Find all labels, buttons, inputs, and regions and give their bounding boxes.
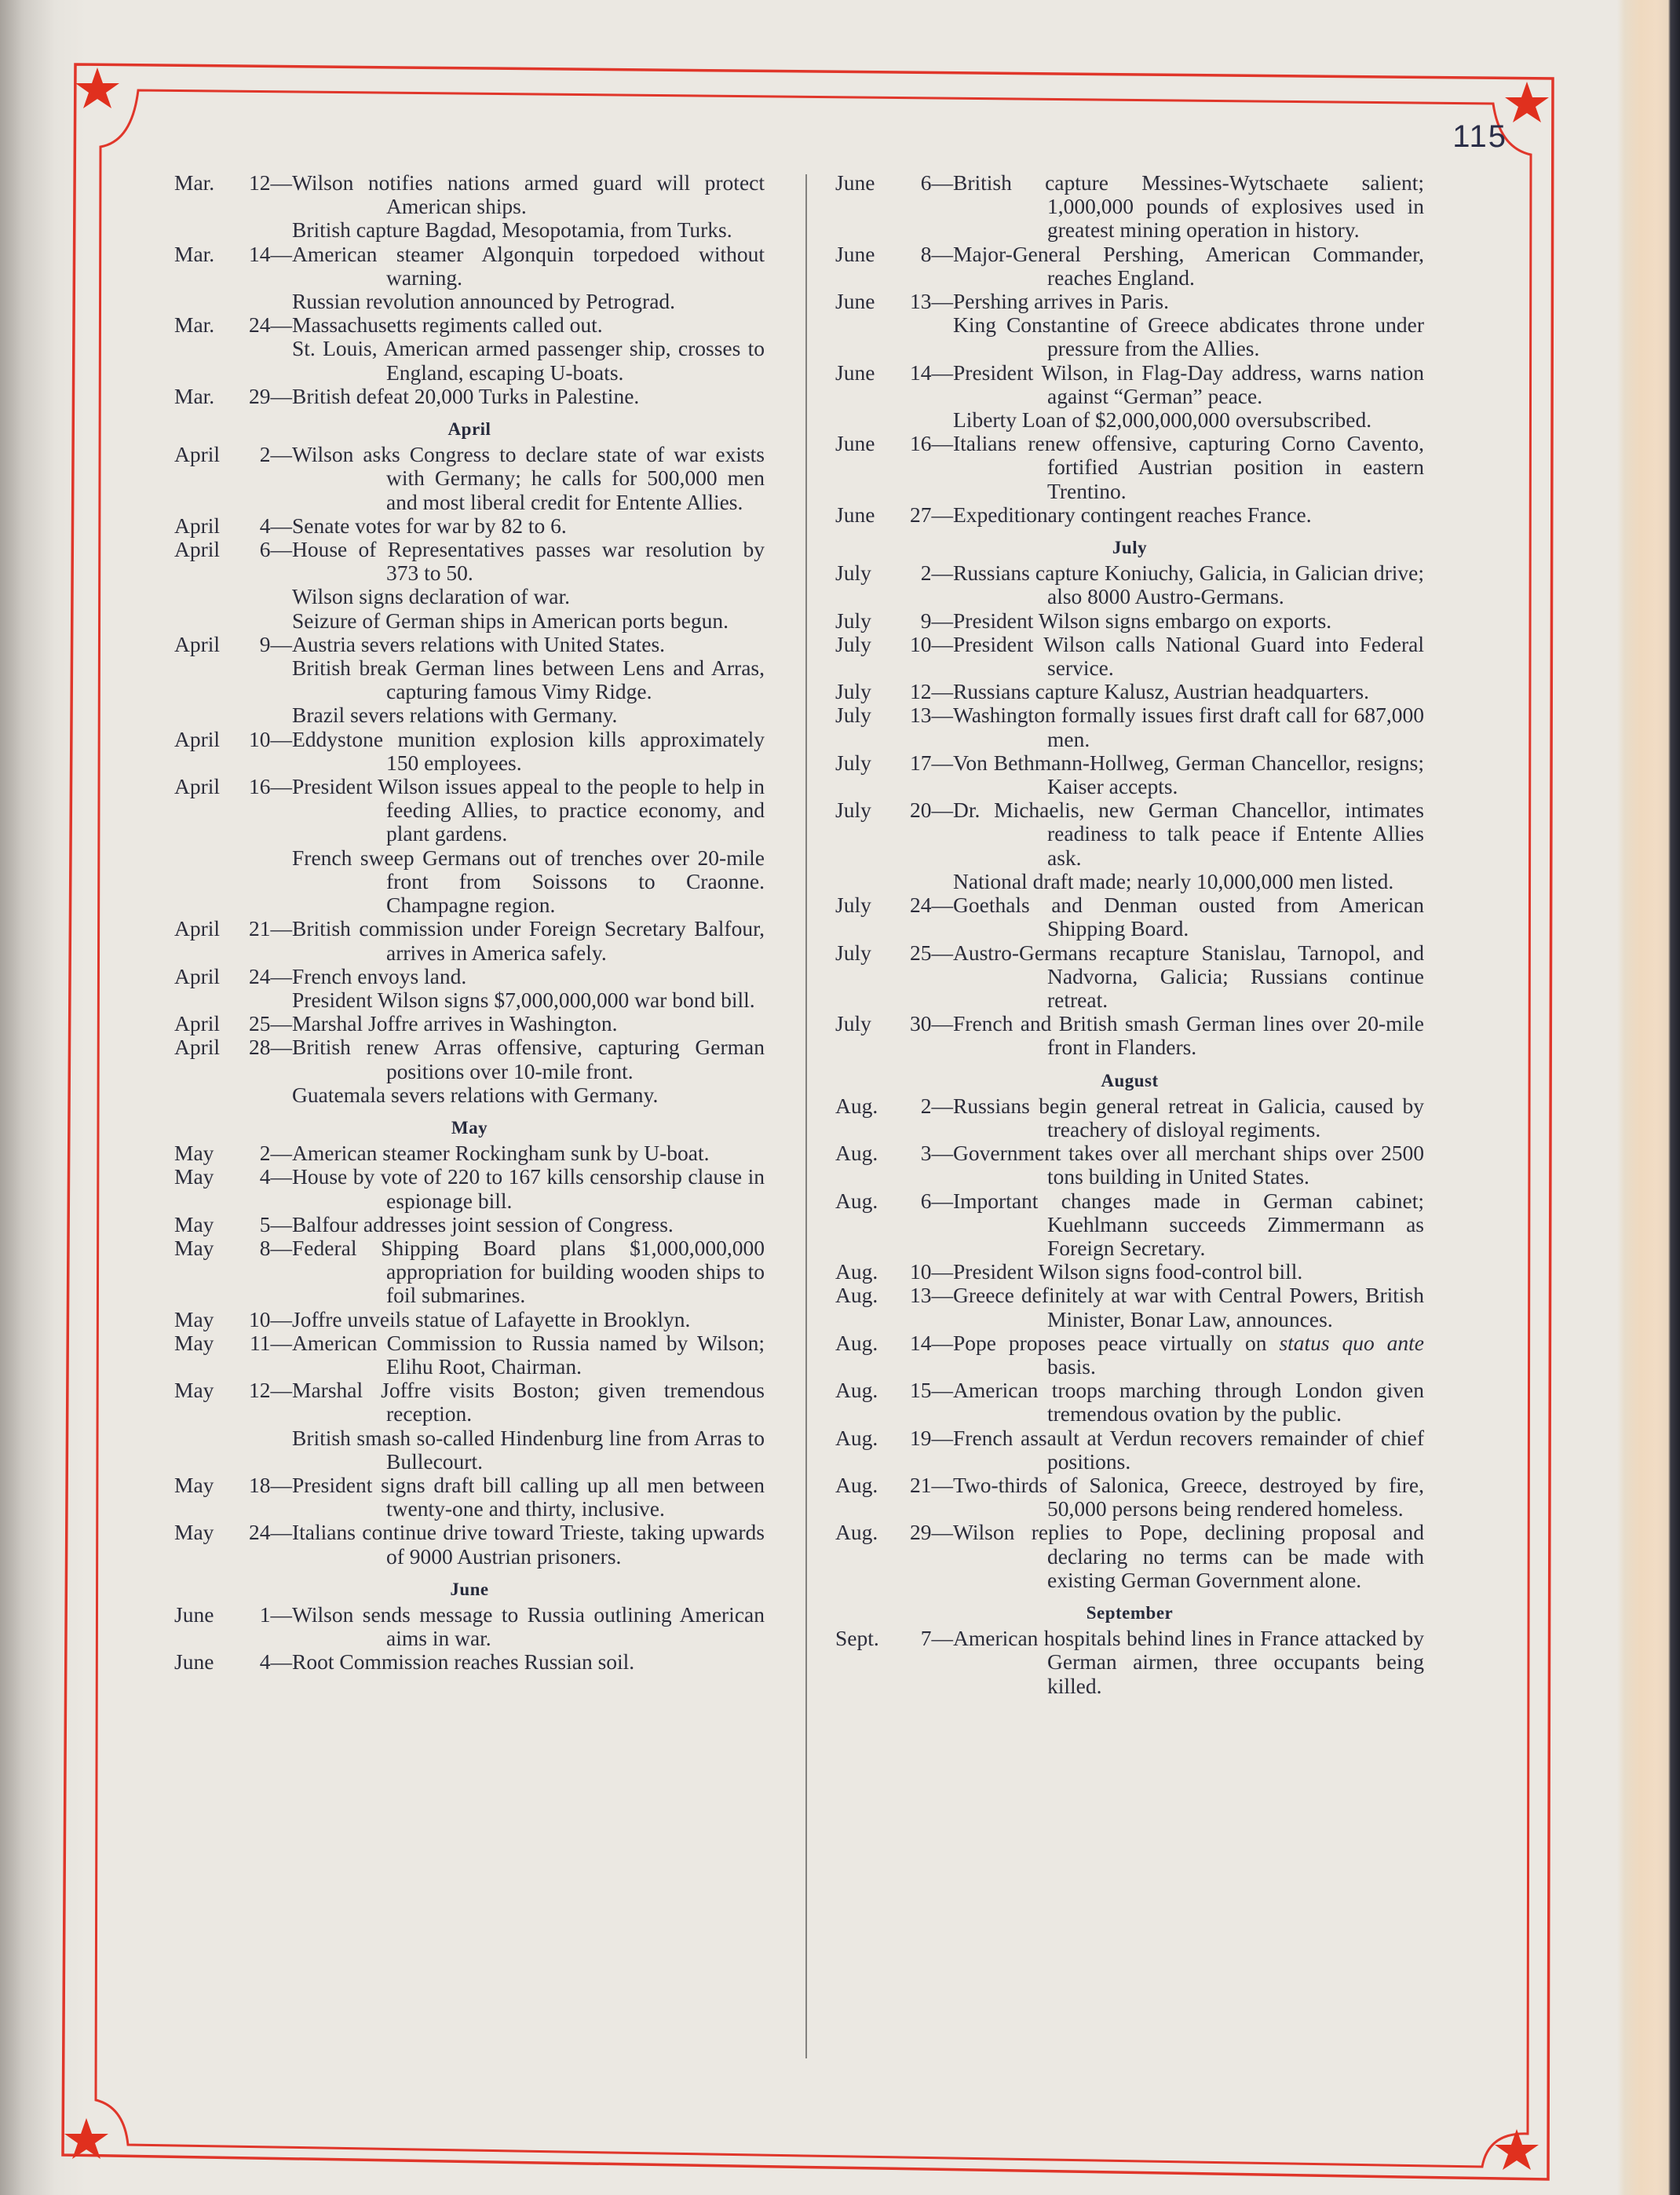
entry-text: Greece definitely at war with Central Po… — [953, 1283, 1424, 1331]
entry-month: April — [174, 633, 237, 656]
entry-day: 24— — [898, 893, 953, 917]
chronology-entry: Sept.7—American hospitals behind lines i… — [835, 1627, 1424, 1698]
chronology-entry: Mar.29—British defeat 20,000 Turks in Pa… — [174, 385, 765, 408]
chronology-entry: July10—President Wilson calls National G… — [835, 633, 1424, 680]
entry-text: Austro-Germans recapture Stanislau, Tarn… — [953, 940, 1424, 1012]
entry-day: 6— — [898, 1189, 953, 1213]
entry-text: President Wilson signs embargo on export… — [953, 608, 1331, 633]
entry-month: May — [174, 1213, 237, 1236]
entry-day: 25— — [898, 941, 953, 965]
entry-date: May2— — [174, 1141, 292, 1165]
entry-month: April — [174, 538, 237, 561]
entry-month: June — [835, 432, 898, 455]
entry-day: 30— — [898, 1012, 953, 1035]
chronology-entry: May12—Marshal Joffre visits Boston; give… — [174, 1379, 765, 1426]
entry-date: May12— — [174, 1379, 292, 1402]
chronology-entry: Aug.29—Wilson replies to Pope, declining… — [835, 1521, 1424, 1592]
entry-date: April28— — [174, 1035, 292, 1059]
chronology-entry: May4—House by vote of 220 to 167 kills c… — [174, 1165, 765, 1212]
entry-month: Aug. — [835, 1094, 898, 1118]
chronology-entry: June4—Root Commission reaches Russian so… — [174, 1650, 765, 1674]
entry-day: 14— — [898, 361, 953, 385]
entry-month: June — [835, 171, 898, 195]
entry-day: 13— — [898, 290, 953, 313]
entry-text: British commission under Foreign Secreta… — [292, 916, 765, 964]
entry-date: Mar.29— — [174, 385, 292, 408]
entry-month: July — [835, 798, 898, 822]
entry-text: Important changes made in German cabinet… — [953, 1189, 1424, 1260]
entry-day: 8— — [237, 1236, 292, 1260]
chronology-entry: June16—Italians renew offensive, capturi… — [835, 432, 1424, 503]
entry-text: British defeat 20,000 Turks in Palestine… — [292, 384, 639, 408]
entry-month: Aug. — [835, 1426, 898, 1450]
entry-date: April25— — [174, 1012, 292, 1035]
entry-date: July2— — [835, 561, 953, 585]
entry-month: April — [174, 1012, 237, 1035]
chronology-entry: Aug.19—French assault at Verdun recovers… — [835, 1426, 1424, 1474]
entry-month: July — [835, 1012, 898, 1035]
entry-month: July — [835, 680, 898, 703]
entry-text: Marshal Joffre arrives in Washington. — [292, 1011, 618, 1035]
chronology-subentry: French sweep Germans out of trenches ove… — [174, 846, 765, 918]
entry-month: June — [835, 243, 898, 266]
entry-day: 12— — [237, 1379, 292, 1402]
entry-month: April — [174, 728, 237, 751]
entry-day: 16— — [237, 775, 292, 798]
page-number: 115 — [1429, 119, 1507, 155]
entry-month: July — [835, 609, 898, 633]
chronology-entry: Aug.13—Greece definitely at war with Cen… — [835, 1284, 1424, 1331]
entry-text: American hospitals behind lines in Franc… — [953, 1626, 1424, 1697]
entry-text: Wilson notifies nations armed guard will… — [292, 170, 765, 218]
chronology-entry: April24—French envoys land. — [174, 965, 765, 988]
entry-month: June — [835, 503, 898, 527]
chronology-entry: Aug.15—American troops marching through … — [835, 1379, 1424, 1426]
chronology-entry: July13—Washington formally issues first … — [835, 703, 1424, 751]
entry-day: 2— — [898, 1094, 953, 1118]
entry-text: President Wilson calls National Guard in… — [953, 632, 1424, 680]
entry-text: Major-General Pershing, American Command… — [953, 242, 1424, 290]
chronology-entry: Aug.10—President Wilson signs food-contr… — [835, 1260, 1424, 1284]
chronology-entry: July25—Austro-Germans recapture Stanisla… — [835, 941, 1424, 1013]
entry-date: June16— — [835, 432, 953, 455]
entry-month: May — [174, 1165, 237, 1189]
chronology-entry: July24—Goethals and Denman ousted from A… — [835, 893, 1424, 940]
entry-text: Senate votes for war by 82 to 6. — [292, 513, 567, 538]
entry-text: Austria severs relations with United Sta… — [292, 632, 665, 656]
entry-date: July13— — [835, 703, 953, 727]
column-divider — [805, 174, 807, 2058]
entry-date: July12— — [835, 680, 953, 703]
entry-text: Balfour addresses joint session of Congr… — [292, 1212, 674, 1236]
entry-date: Aug.15— — [835, 1379, 953, 1402]
entry-day: 15— — [898, 1379, 953, 1402]
entry-text: American steamer Rockingham sunk by U-bo… — [292, 1141, 710, 1165]
chronology-subentry: British smash so-called Hindenburg line … — [174, 1426, 765, 1474]
month-heading: April — [174, 418, 765, 441]
entry-text: Government takes over all merchant ships… — [953, 1141, 1424, 1189]
entry-day: 17— — [898, 751, 953, 775]
month-heading: May — [174, 1116, 765, 1140]
chronology-entry: May8—Federal Shipping Board plans $1,000… — [174, 1236, 765, 1308]
entry-text: British capture Messines-Wytschaete sali… — [953, 170, 1424, 242]
entry-text-tail: basis. — [1047, 1354, 1096, 1379]
entry-month: April — [174, 917, 237, 940]
entry-month: June — [174, 1650, 237, 1674]
star-icon-bottom-right — [1495, 2129, 1539, 2170]
entry-date: Mar.24— — [174, 313, 292, 337]
entry-date: May8— — [174, 1236, 292, 1260]
entry-day: 4— — [237, 1165, 292, 1189]
entry-month: July — [835, 703, 898, 727]
chronology-entry: May18—President signs draft bill calling… — [174, 1474, 765, 1521]
chronology-entry: May11—American Commission to Russia name… — [174, 1331, 765, 1379]
chronology-subentry: King Constantine of Greece abdicates thr… — [835, 313, 1424, 360]
entry-text: French envoys land. — [292, 964, 466, 988]
entry-text: Italians renew offensive, capturing Corn… — [953, 431, 1424, 502]
entry-month: May — [174, 1236, 237, 1260]
entry-date: April9— — [174, 633, 292, 656]
entry-text: American troops marching through London … — [953, 1378, 1424, 1426]
entry-day: 2— — [237, 1141, 292, 1165]
month-heading: September — [835, 1602, 1424, 1625]
chronology-entry: May10—Joffre unveils statue of Lafayette… — [174, 1308, 765, 1331]
entry-month: April — [174, 1035, 237, 1059]
entry-text: Marshal Joffre visits Boston; given trem… — [292, 1378, 765, 1426]
entry-text: French assault at Verdun recovers remain… — [953, 1426, 1424, 1474]
entry-text: Wilson sends message to Russia outlining… — [292, 1602, 765, 1650]
entry-text: Dr. Michaelis, new German Chancellor, in… — [953, 798, 1424, 869]
entry-month: June — [174, 1603, 237, 1627]
chronology-subentry: National draft made; nearly 10,000,000 m… — [835, 870, 1424, 893]
entry-month: Aug. — [835, 1284, 898, 1307]
chronology-subentry: British break German lines between Lens … — [174, 656, 765, 703]
entry-day: 9— — [237, 633, 292, 656]
entry-day: 4— — [237, 514, 292, 538]
entry-date: Aug.10— — [835, 1260, 953, 1284]
entry-day: 13— — [898, 1284, 953, 1307]
entry-date: Aug.14— — [835, 1331, 953, 1355]
entry-text: Pershing arrives in Paris. — [953, 289, 1169, 313]
chronology-entry: May5—Balfour addresses joint session of … — [174, 1213, 765, 1236]
chronology-entry: April21—British commission under Foreign… — [174, 917, 765, 964]
month-heading: August — [835, 1069, 1424, 1093]
chronology-entry: May2—American steamer Rockingham sunk by… — [174, 1141, 765, 1165]
entry-month: May — [174, 1308, 237, 1331]
entry-text: Russians begin general retreat in Galici… — [953, 1094, 1424, 1141]
chronology-entry: July2—Russians capture Koniuchy, Galicia… — [835, 561, 1424, 608]
entry-text-italic: status quo ante — [1279, 1331, 1424, 1355]
entry-month: Aug. — [835, 1379, 898, 1402]
entry-day: 6— — [898, 171, 953, 195]
entry-date: April21— — [174, 917, 292, 940]
entry-day: 24— — [237, 965, 292, 988]
chronology-entry: Aug.6—Important changes made in German c… — [835, 1189, 1424, 1261]
month-heading: June — [174, 1578, 765, 1602]
entry-date: July20— — [835, 798, 953, 822]
entry-text: Pope proposes peace virtually on — [953, 1331, 1279, 1355]
entry-text: Eddystone munition explosion kills appro… — [292, 727, 765, 775]
chronology-entry: Mar.14—American steamer Algonquin torped… — [174, 243, 765, 290]
entry-day: 19— — [898, 1426, 953, 1450]
entry-date: May11— — [174, 1331, 292, 1355]
entry-month: Aug. — [835, 1521, 898, 1544]
entry-month: Mar. — [174, 313, 237, 337]
entry-date: Aug.13— — [835, 1284, 953, 1307]
entry-date: Aug.29— — [835, 1521, 953, 1544]
entry-day: 5— — [237, 1213, 292, 1236]
chronology-entry: Aug.2—Russians begin general retreat in … — [835, 1094, 1424, 1141]
chronology-subentry: Guatemala severs relations with Germany. — [174, 1083, 765, 1107]
chronology-entry: July17—Von Bethmann-Hollweg, German Chan… — [835, 751, 1424, 798]
entry-date: Mar.12— — [174, 171, 292, 195]
entry-day: 29— — [898, 1521, 953, 1544]
star-icon-top-left — [75, 68, 119, 108]
entry-month: July — [835, 941, 898, 965]
entry-date: Sept.7— — [835, 1627, 953, 1650]
entry-text: House by vote of 220 to 167 kills censor… — [292, 1164, 765, 1212]
entry-date: Aug.6— — [835, 1189, 953, 1213]
entry-month: Mar. — [174, 171, 237, 195]
entry-day: 6— — [237, 538, 292, 561]
entry-day: 12— — [237, 171, 292, 195]
chronology-subentry: British capture Bagdad, Mesopotamia, fro… — [174, 218, 765, 242]
entry-day: 18— — [237, 1474, 292, 1497]
entry-day: 21— — [898, 1474, 953, 1497]
chronology-entry: May24—Italians continue drive toward Tri… — [174, 1521, 765, 1568]
chronology-entry: Aug.14—Pope proposes peace virtually on … — [835, 1331, 1424, 1379]
entry-text: American Commission to Russia named by W… — [292, 1331, 765, 1379]
entry-text: President signs draft bill calling up al… — [292, 1473, 765, 1521]
chronology-entry: April16—President Wilson issues appeal t… — [174, 775, 765, 846]
entry-text: British renew Arras offensive, capturing… — [292, 1035, 765, 1083]
right-column-chronology: June6—British capture Messines-Wytschaet… — [835, 171, 1424, 1698]
entry-text: House of Representatives passes war reso… — [292, 537, 765, 585]
entry-day: 13— — [898, 703, 953, 727]
entry-date: June4— — [174, 1650, 292, 1674]
chronology-entry: June1—Wilson sends message to Russia out… — [174, 1603, 765, 1650]
entry-day: 4— — [237, 1650, 292, 1674]
entry-text: President Wilson issues appeal to the pe… — [292, 774, 765, 845]
entry-date: May10— — [174, 1308, 292, 1331]
entry-month: July — [835, 893, 898, 917]
entry-month: May — [174, 1474, 237, 1497]
entry-month: May — [174, 1331, 237, 1355]
entry-date: June6— — [835, 171, 953, 195]
entry-month: May — [174, 1141, 237, 1165]
entry-day: 3— — [898, 1141, 953, 1165]
entry-day: 24— — [237, 1521, 292, 1544]
book-page: 115 Mar.12—Wilson notifies nations armed… — [0, 0, 1680, 2195]
entry-month: Mar. — [174, 243, 237, 266]
chronology-entry: July12—Russians capture Kalusz, Austrian… — [835, 680, 1424, 703]
entry-date: April4— — [174, 514, 292, 538]
entry-month: Aug. — [835, 1189, 898, 1213]
chronology-entry: Aug.21—Two-thirds of Salonica, Greece, d… — [835, 1474, 1424, 1521]
entry-text: American steamer Algonquin torpedoed wit… — [292, 242, 765, 290]
entry-date: July9— — [835, 609, 953, 633]
chronology-entry: April6—House of Representatives passes w… — [174, 538, 765, 585]
entry-day: 16— — [898, 432, 953, 455]
entry-month: June — [835, 290, 898, 313]
chronology-entry: July9—President Wilson signs embargo on … — [835, 609, 1424, 633]
entry-day: 28— — [237, 1035, 292, 1059]
entry-day: 21— — [237, 917, 292, 940]
chronology-subentry: Wilson signs declaration of war. — [174, 585, 765, 608]
entry-day: 27— — [898, 503, 953, 527]
chronology-entry: April10—Eddystone munition explosion kil… — [174, 728, 765, 775]
entry-date: Aug.21— — [835, 1474, 953, 1497]
entry-date: April16— — [174, 775, 292, 798]
entry-date: April6— — [174, 538, 292, 561]
chronology-entry: June8—Major-General Pershing, American C… — [835, 243, 1424, 290]
entry-date: April10— — [174, 728, 292, 751]
entry-date: May5— — [174, 1213, 292, 1236]
entry-date: Mar.14— — [174, 243, 292, 266]
entry-text: Wilson asks Congress to declare state of… — [292, 442, 765, 513]
entry-text: Two-thirds of Salonica, Greece, destroye… — [953, 1473, 1424, 1521]
entry-month: July — [835, 633, 898, 656]
star-icon-bottom-left — [64, 2118, 108, 2159]
entry-month: April — [174, 443, 237, 466]
chronology-entry: June14—President Wilson, in Flag-Day add… — [835, 361, 1424, 408]
entry-day: 14— — [237, 243, 292, 266]
chronology-subentry: Brazil severs relations with Germany. — [174, 703, 765, 727]
entry-day: 9— — [898, 609, 953, 633]
entry-date: July30— — [835, 1012, 953, 1035]
entry-day: 10— — [898, 633, 953, 656]
chronology-entry: April2—Wilson asks Congress to declare s… — [174, 443, 765, 514]
entry-month: Aug. — [835, 1331, 898, 1355]
chronology-entry: Mar.24—Massachusetts regiments called ou… — [174, 313, 765, 337]
entry-month: May — [174, 1521, 237, 1544]
entry-month: Mar. — [174, 385, 237, 408]
chronology-subentry: Liberty Loan of $2,000,000,000 oversubsc… — [835, 408, 1424, 432]
entry-text: Von Bethmann-Hollweg, German Chancellor,… — [953, 751, 1424, 798]
entry-day: 10— — [237, 728, 292, 751]
entry-date: June14— — [835, 361, 953, 385]
entry-date: July17— — [835, 751, 953, 775]
entry-text: Wilson replies to Pope, declining propos… — [953, 1520, 1424, 1591]
entry-month: June — [835, 361, 898, 385]
entry-day: 11— — [237, 1331, 292, 1355]
entry-text: Russians capture Kalusz, Austrian headqu… — [953, 679, 1369, 703]
entry-day: 10— — [898, 1260, 953, 1284]
entry-text: Expeditionary contingent reaches France. — [953, 502, 1312, 527]
entry-day: 12— — [898, 680, 953, 703]
entry-day: 8— — [898, 243, 953, 266]
entry-date: June27— — [835, 503, 953, 527]
entry-month: July — [835, 751, 898, 775]
entry-day: 10— — [237, 1308, 292, 1331]
chronology-entry: April9—Austria severs relations with Uni… — [174, 633, 765, 656]
entry-text: Massachusetts regiments called out. — [292, 312, 603, 337]
entry-day: 24— — [237, 313, 292, 337]
chronology-subentry: Russian revolution announced by Petrogra… — [174, 290, 765, 313]
entry-month: Aug. — [835, 1260, 898, 1284]
entry-date: Aug.2— — [835, 1094, 953, 1118]
entry-text: Washington formally issues first draft c… — [953, 703, 1424, 751]
entry-date: June1— — [174, 1603, 292, 1627]
chronology-entry: June27—Expeditionary contingent reaches … — [835, 503, 1424, 527]
chronology-entry: Aug.3—Government takes over all merchant… — [835, 1141, 1424, 1189]
entry-text: President Wilson signs food-control bill… — [953, 1259, 1302, 1284]
entry-month: April — [174, 965, 237, 988]
entry-day: 29— — [237, 385, 292, 408]
chronology-entry: July20—Dr. Michaelis, new German Chancel… — [835, 798, 1424, 870]
entry-day: 2— — [898, 561, 953, 585]
entry-month: April — [174, 775, 237, 798]
star-icon-top-right — [1505, 82, 1549, 122]
entry-date: June8— — [835, 243, 953, 266]
entry-date: Aug.3— — [835, 1141, 953, 1165]
entry-month: July — [835, 561, 898, 585]
month-heading: July — [835, 536, 1424, 560]
entry-date: July24— — [835, 893, 953, 917]
chronology-entry: April4—Senate votes for war by 82 to 6. — [174, 514, 765, 538]
chronology-entry: April25—Marshal Joffre arrives in Washin… — [174, 1012, 765, 1035]
left-column-chronology: Mar.12—Wilson notifies nations armed gua… — [174, 171, 765, 1675]
entry-date: April24— — [174, 965, 292, 988]
entry-date: June13— — [835, 290, 953, 313]
entry-month: Sept. — [835, 1627, 898, 1650]
entry-text: Federal Shipping Board plans $1,000,000,… — [292, 1236, 765, 1307]
entry-date: April2— — [174, 443, 292, 466]
entry-date: July25— — [835, 941, 953, 965]
entry-day: 2— — [237, 443, 292, 466]
entry-date: Aug.19— — [835, 1426, 953, 1450]
entry-month: April — [174, 514, 237, 538]
chronology-entry: June13—Pershing arrives in Paris. — [835, 290, 1424, 313]
entry-text: Italians continue drive toward Trieste, … — [292, 1520, 765, 1568]
chronology-subentry: St. Louis, American armed passenger ship… — [174, 337, 765, 384]
entry-date: May24— — [174, 1521, 292, 1544]
entry-day: 14— — [898, 1331, 953, 1355]
entry-text: Russians capture Koniuchy, Galicia, in G… — [953, 561, 1424, 608]
chronology-subentry: President Wilson signs $7,000,000,000 wa… — [174, 988, 765, 1012]
entry-date: May4— — [174, 1165, 292, 1189]
chronology-entry: April28—British renew Arras offensive, c… — [174, 1035, 765, 1083]
entry-text: President Wilson, in Flag-Day address, w… — [953, 360, 1424, 408]
entry-month: Aug. — [835, 1141, 898, 1165]
entry-day: 7— — [898, 1627, 953, 1650]
entry-month: May — [174, 1379, 237, 1402]
entry-date: May18— — [174, 1474, 292, 1497]
chronology-entry: Mar.12—Wilson notifies nations armed gua… — [174, 171, 765, 218]
chronology-entry: July30—French and British smash German l… — [835, 1012, 1424, 1059]
entry-day: 1— — [237, 1603, 292, 1627]
chronology-entry: June6—British capture Messines-Wytschaet… — [835, 171, 1424, 243]
entry-day: 20— — [898, 798, 953, 822]
entry-day: 25— — [237, 1012, 292, 1035]
entry-month: Aug. — [835, 1474, 898, 1497]
entry-text: Joffre unveils statue of Lafayette in Br… — [292, 1307, 690, 1331]
entry-date: July10— — [835, 633, 953, 656]
entry-text: Root Commission reaches Russian soil. — [292, 1649, 634, 1674]
entry-text: Goethals and Denman ousted from American… — [953, 893, 1424, 940]
chronology-subentry: Seizure of German ships in American port… — [174, 609, 765, 633]
entry-text: French and British smash German lines ov… — [953, 1011, 1424, 1059]
